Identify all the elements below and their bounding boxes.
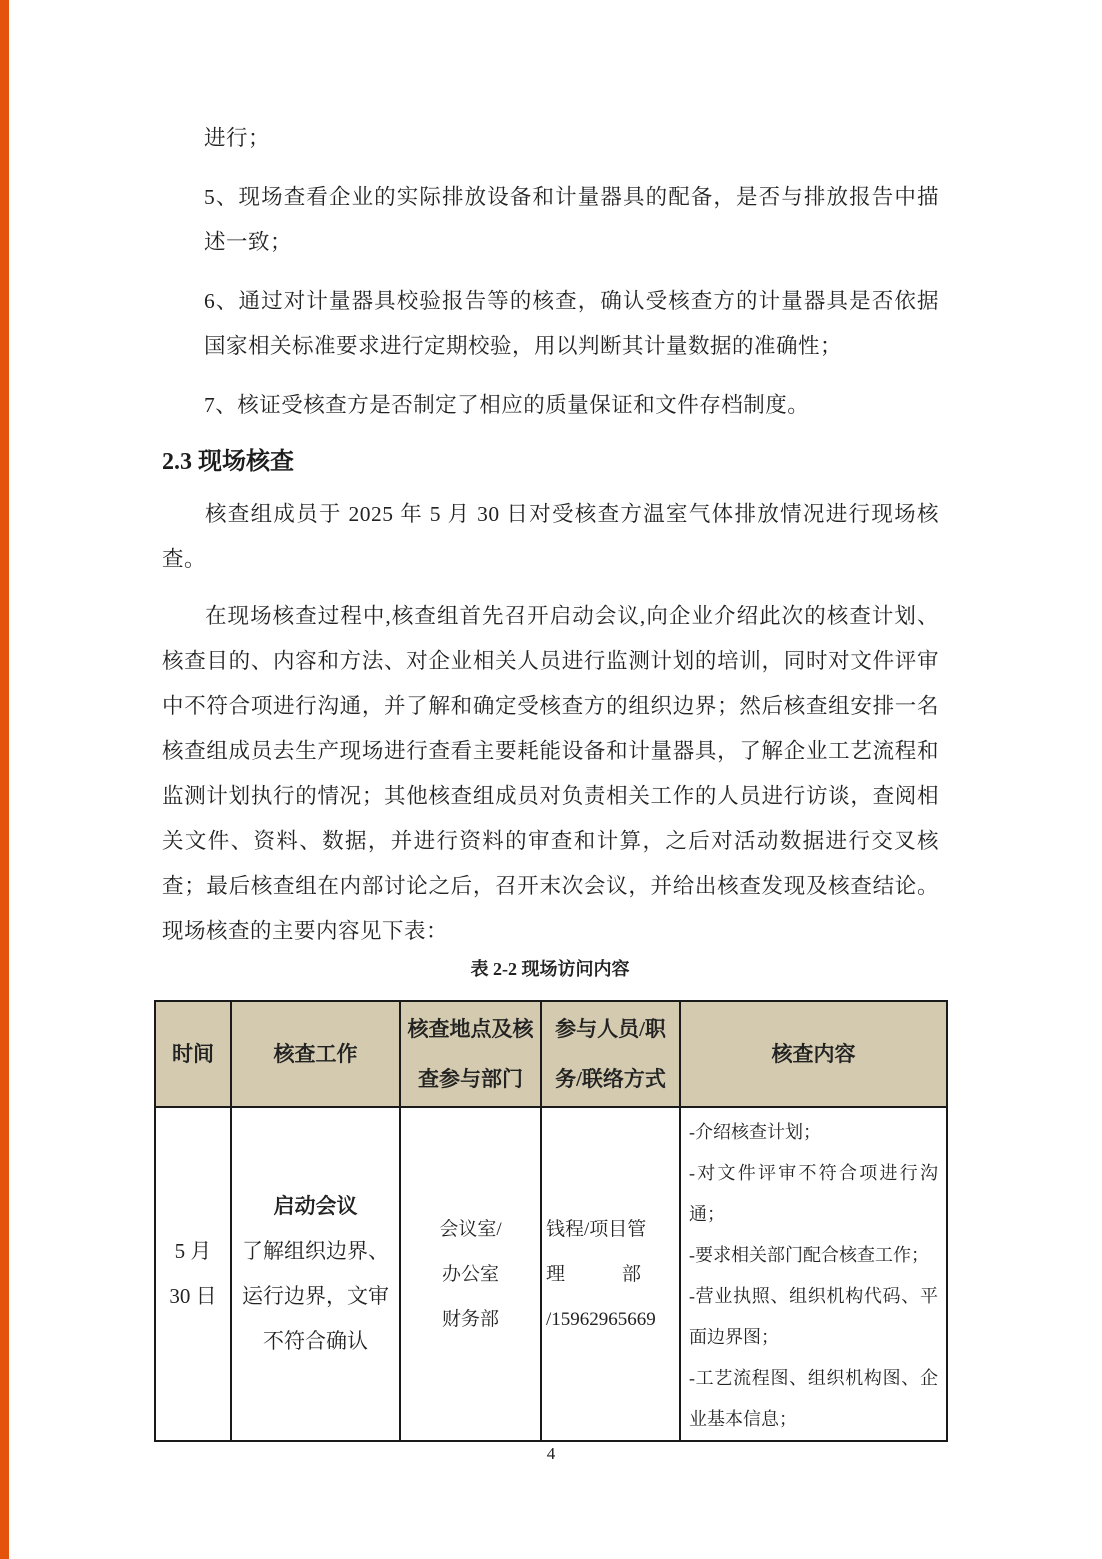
cell-work-title: 启动会议: [238, 1184, 393, 1229]
paragraph-site-visit-date: 核查组成员于 2025 年 5 月 30 日对受核查方温室气体排放情况进行现场核…: [162, 492, 939, 582]
paragraph-continuation: 进行；: [204, 116, 939, 161]
cell-location: 会议室/ 办公室 财务部: [400, 1107, 541, 1441]
list-item-5: 5、现场查看企业的实际排放设备和计量器具的配备，是否与排放报告中描述一致；: [204, 175, 939, 265]
site-visit-table: 时间 核查工作 核查地点及核 查参与部门 参与人员/职 务/联络方式 核查内容 …: [154, 1000, 948, 1442]
section-heading-2-3: 2.3 现场核查: [162, 444, 939, 480]
header-verification-work: 核查工作: [231, 1001, 400, 1107]
header-verification-content: 核查内容: [680, 1001, 947, 1107]
paragraph-site-visit-process: 在现场核查过程中,核查组首先召开启动会议,向企业介绍此次的核查计划、核查目的、内…: [162, 594, 939, 954]
table-caption: 表 2-2 现场访问内容: [154, 956, 946, 982]
page-number: 4: [0, 1442, 1102, 1466]
header-participants-contact: 参与人员/职 务/联络方式: [541, 1001, 680, 1107]
cell-verification-content: -介绍核查计划； -对文件评审不符合项进行沟通； -要求相关部门配合核查工作； …: [680, 1107, 947, 1441]
table-header-row: 时间 核查工作 核查地点及核 查参与部门 参与人员/职 务/联络方式 核查内容: [155, 1001, 947, 1107]
header-location-departments: 核查地点及核 查参与部门: [400, 1001, 541, 1107]
cell-participants: 钱程/项目管 理 部 /15962965669: [541, 1107, 680, 1441]
table-row: 5 月 30 日 启动会议 了解组织边界、运行边界，文审不符合确认 会议室/ 办…: [155, 1107, 947, 1441]
document-page: 进行； 5、现场查看企业的实际排放设备和计量器具的配备，是否与排放报告中描述一致…: [0, 0, 1102, 1559]
cell-time: 5 月 30 日: [155, 1107, 231, 1441]
cell-work-description: 了解组织边界、运行边界，文审不符合确认: [238, 1229, 393, 1364]
list-item-6: 6、通过对计量器具校验报告等的核查，确认受核查方的计量器具是否依据国家相关标准要…: [204, 279, 939, 369]
header-time: 时间: [155, 1001, 231, 1107]
cell-verification-work: 启动会议 了解组织边界、运行边界，文审不符合确认: [231, 1107, 400, 1441]
list-item-7: 7、核证受核查方是否制定了相应的质量保证和文件存档制度。: [204, 383, 939, 428]
page-content: 进行； 5、现场查看企业的实际排放设备和计量器具的配备，是否与排放报告中描述一致…: [0, 0, 1102, 1559]
